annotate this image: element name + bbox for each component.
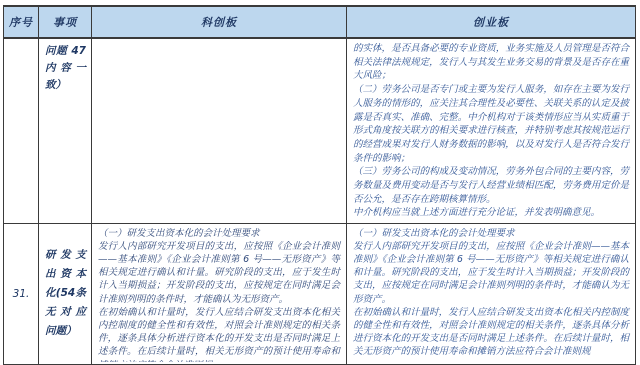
cell-item-rd-capitalization: 研发支出资本化(54条无对应问题） (39, 223, 92, 364)
header-cell-serial: 序号 (4, 6, 39, 38)
cell-star-market-rd-rule: （一）研发支出资本化的会计处理要求 发行人内部研究开发项目的支出，应按照《企业会… (92, 223, 347, 364)
header-row: 序号 事项 科创板 创业板 (4, 6, 636, 38)
chinext-rule-text: （一）研发支出资本化的会计处理要求 发行人内部研究开发项目的支出，应按照《企业会… (347, 224, 635, 362)
item-text: 研发支出资本化(54条无对应问题） (39, 246, 91, 341)
header-cell-item: 事项 (39, 6, 92, 38)
cell-star-market-empty (92, 38, 347, 223)
cell-item-question-47: 问题 47 内容一致） (39, 38, 92, 223)
cell-chinext-rd-rule: （一）研发支出资本化的会计处理要求 发行人内部研究开发项目的支出，应按照《企业会… (347, 223, 636, 364)
comparison-table: 序号 事项 科创板 创业板 问题 47 内容一致） 的实体，是否具备必要的专业资… (3, 5, 636, 365)
document-page: 序号 事项 科创板 创业板 问题 47 内容一致） 的实体，是否具备必要的专业资… (0, 0, 640, 365)
cell-chinext-labor-services: 的实体，是否具备必要的专业资质，业务实施及人员管理是否符合相关法律法规规定，发行… (347, 38, 636, 223)
table-row-question-47: 问题 47 内容一致） 的实体，是否具备必要的专业资质，业务实施及人员管理是否符… (4, 38, 636, 223)
star-market-rule-text: （一）研发支出资本化的会计处理要求 发行人内部研究开发项目的支出，应按照《企业会… (92, 224, 346, 362)
cell-serial-31: 31. (4, 223, 39, 364)
header-cell-chinext: 创业板 (347, 6, 636, 38)
header-cell-star-market: 科创板 (92, 6, 347, 38)
cell-serial-empty (4, 38, 39, 223)
chinext-rule-text: 的实体，是否具备必要的专业资质，业务实施及人员管理是否符合相关法律法规规定，发行… (347, 39, 635, 221)
item-text: 问题 47 内容一致） (39, 39, 91, 222)
table-row-31-rd-capitalization: 31. 研发支出资本化(54条无对应问题） （一）研发支出资本化的会计处理要求 … (4, 223, 636, 364)
